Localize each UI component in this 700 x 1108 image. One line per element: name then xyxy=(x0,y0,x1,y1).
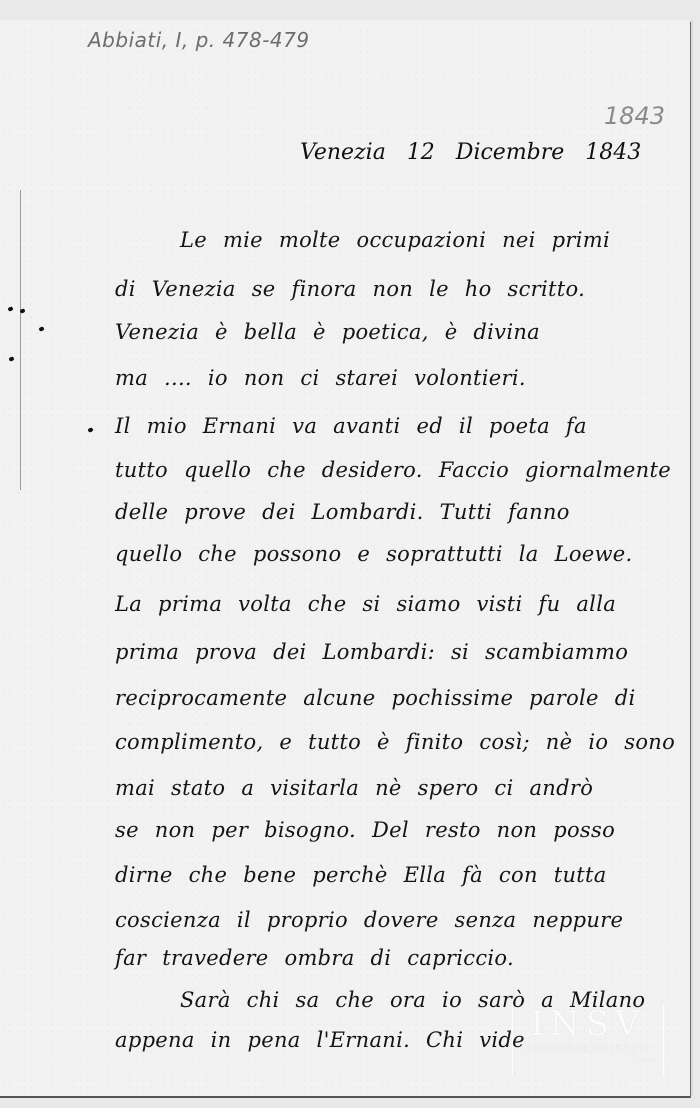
fold-line xyxy=(20,190,21,490)
letter-line: ma .... io non ci starei volontieri. xyxy=(115,366,526,390)
watermark-logo: INSV xyxy=(513,1005,663,1043)
letter-line: tutto quello che desidero. Faccio giorna… xyxy=(115,458,671,482)
letter-line: dirne che bene perchè Ella fà con tutta xyxy=(115,863,607,887)
letter-line: far travedere ombra di capriccio. xyxy=(115,946,514,970)
letter-line: di Venezia se finora non le ho scritto. xyxy=(115,277,585,301)
year-annotation: 1843 xyxy=(604,102,665,130)
watermark-location: Parma xyxy=(513,1054,663,1065)
letter-line: complimento, e tutto è finito così; nè i… xyxy=(115,730,675,754)
letter-line: appena in pena l'Ernani. Chi vide xyxy=(115,1028,525,1052)
letter-line: quello che possono e soprattutti la Loew… xyxy=(115,542,632,566)
letter-line: Venezia è bella è poetica, è divina xyxy=(115,320,540,344)
institute-watermark: INSV Istituto Nazionale di Studi Verdian… xyxy=(512,1005,664,1075)
watermark-subtitle: Istituto Nazionale di Studi Verdiani xyxy=(513,1043,663,1054)
dateline: Venezia 12 Dicembre 1843 xyxy=(300,140,641,165)
sheet-edge xyxy=(0,1096,690,1098)
letter-line: se non per bisogno. Del resto non posso xyxy=(115,818,615,842)
letter-line: La prima volta che si siamo visti fu all… xyxy=(115,592,616,616)
letter-line: Le mie molte occupazioni nei primi xyxy=(180,228,610,252)
letter-line: Il mio Ernani va avanti ed il poeta fa xyxy=(115,414,587,438)
letter-line: prima prova dei Lombardi: si scambiammo xyxy=(115,640,628,664)
letter-line: mai stato a visitarla nè spero ci andrò xyxy=(115,776,593,800)
archive-reference: Abbiati, I, p. 478-479 xyxy=(88,28,310,52)
letter-line: coscienza il proprio dovere senza neppur… xyxy=(115,908,623,932)
letter-line: reciprocamente alcune pochissime parole … xyxy=(115,686,636,710)
letter-line: delle prove dei Lombardi. Tutti fanno xyxy=(115,500,570,524)
